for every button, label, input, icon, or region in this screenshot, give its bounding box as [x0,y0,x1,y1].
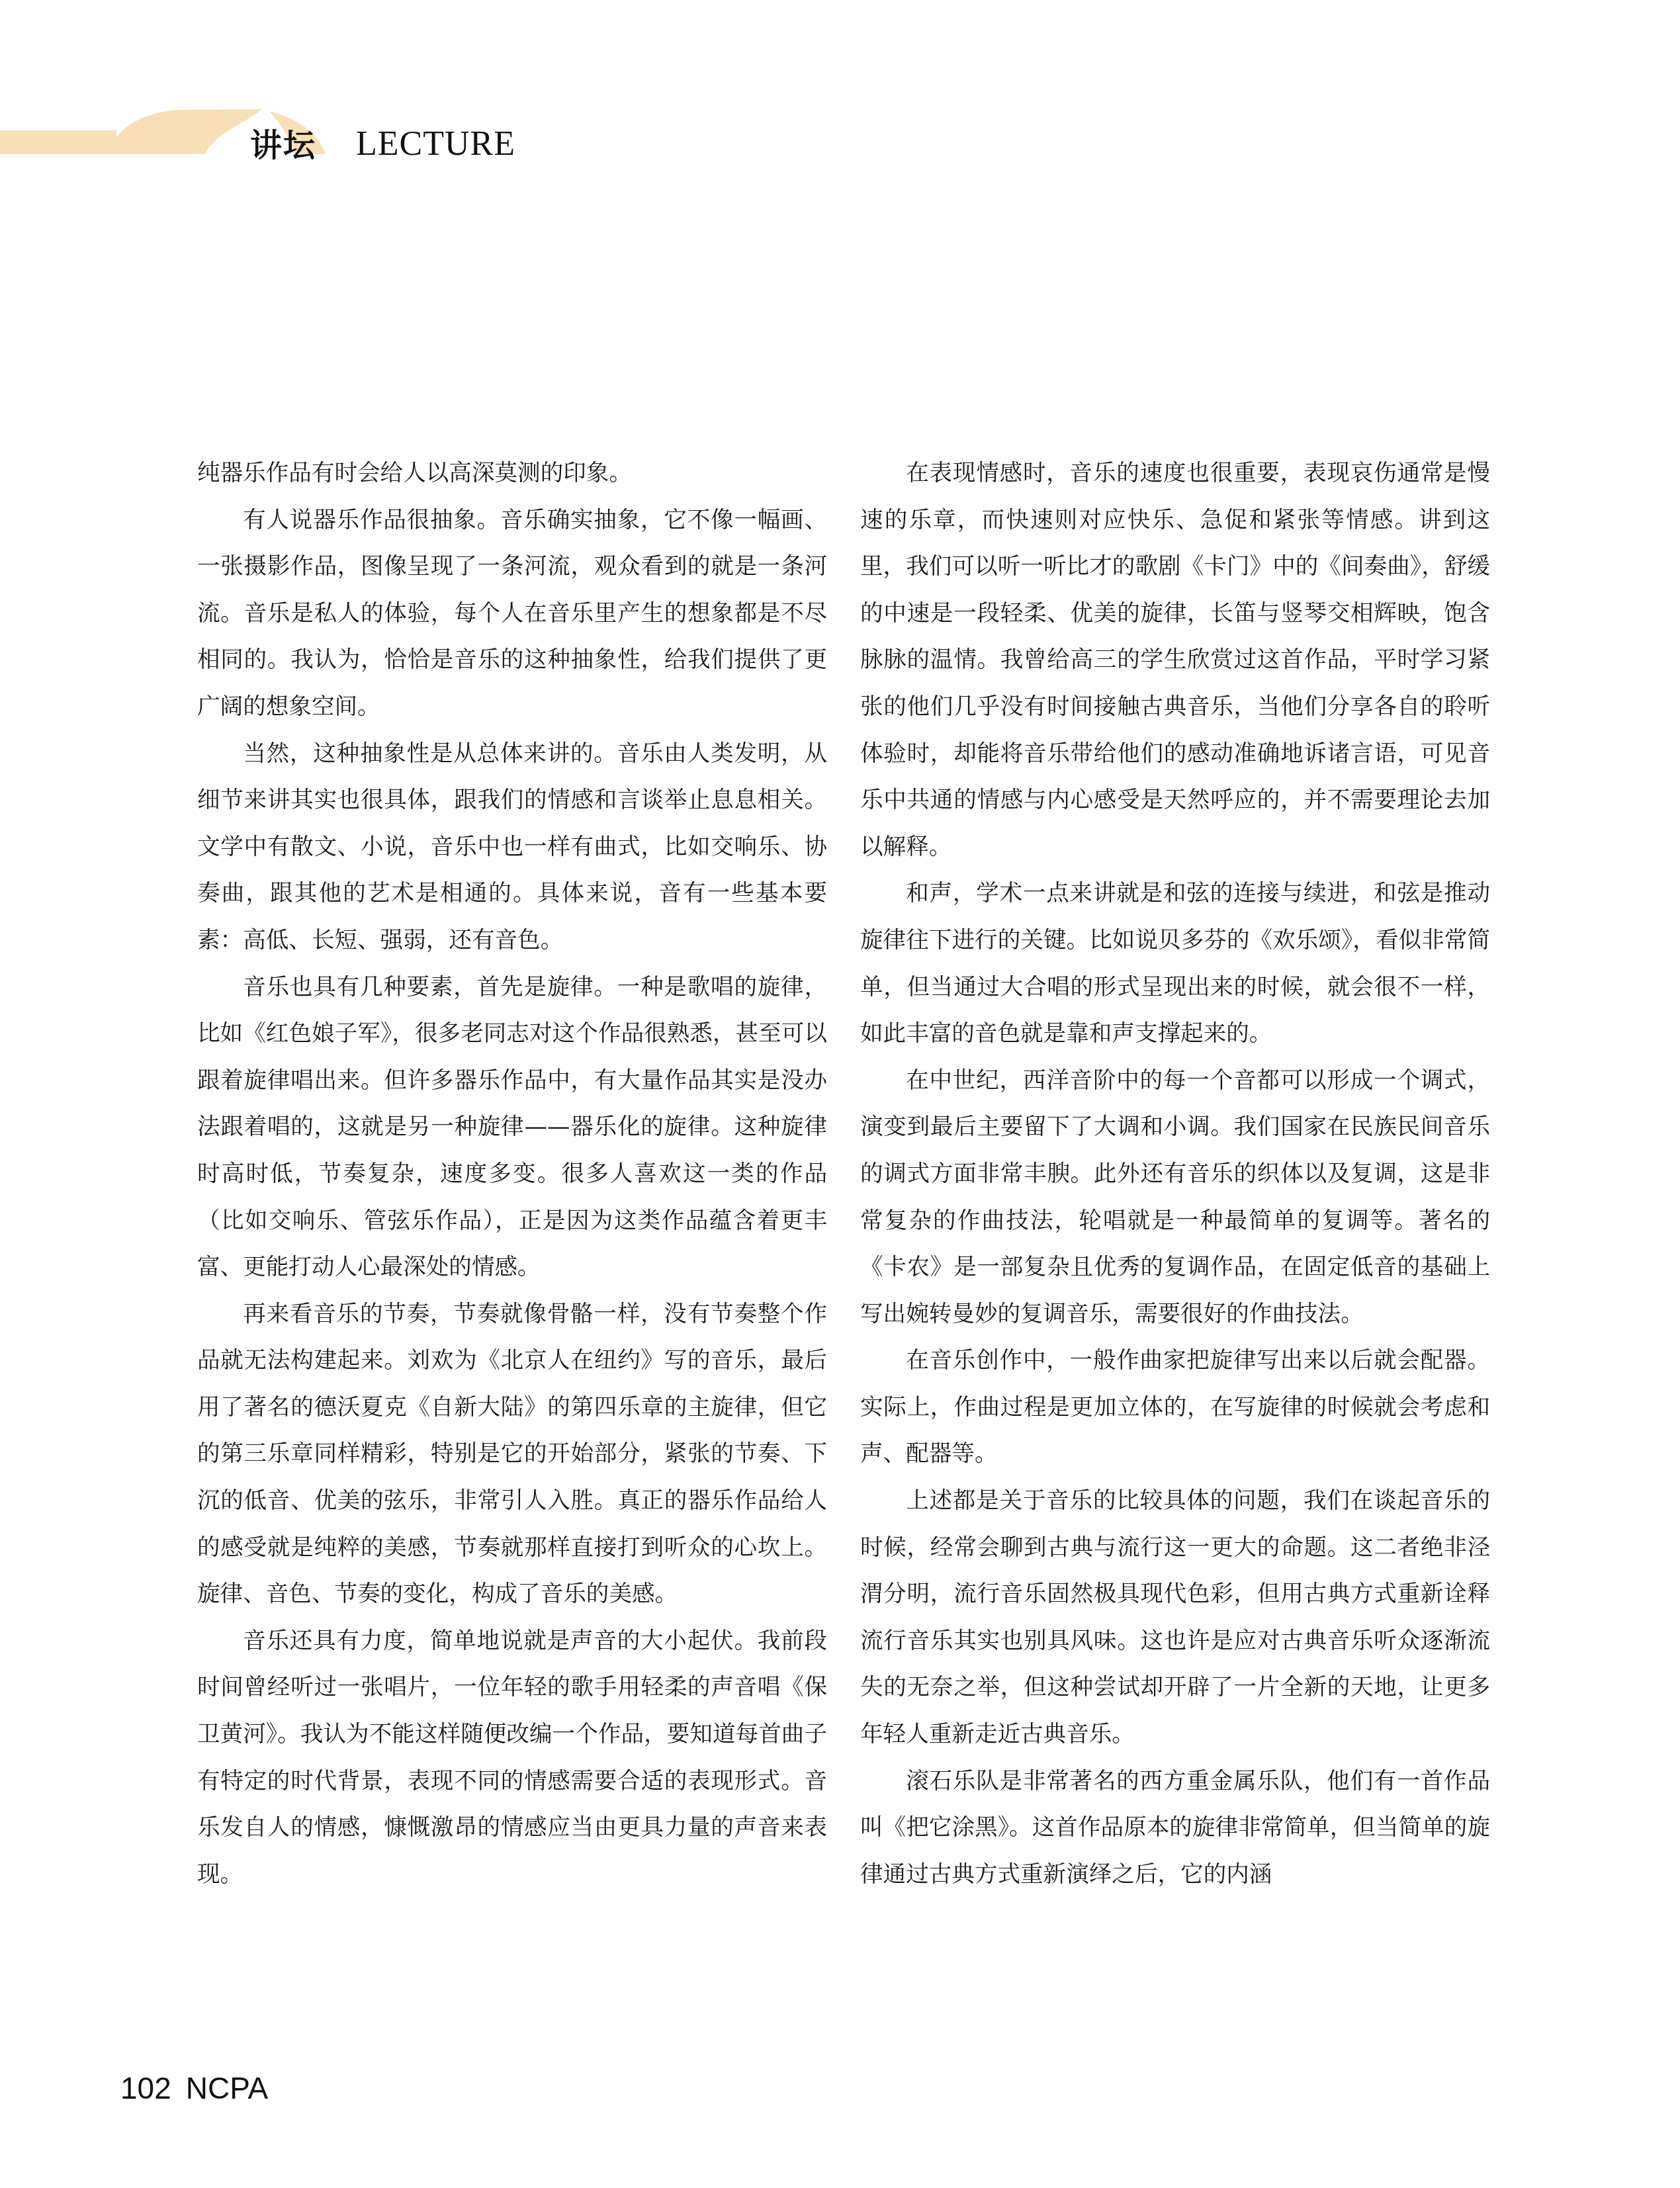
right-column: 在表现情感时，音乐的速度也很重要，表现哀伤通常是慢速的乐章，而快速则对应快乐、急… [860,450,1490,1898]
paragraph: 纯器乐作品有时会给人以高深莫测的印象。 [197,450,827,497]
paragraph: 在音乐创作中，一般作曲家把旋律写出来以后就会配器。实际上，作曲过程是更加立体的，… [860,1337,1490,1477]
publication-name: NCPA [186,2071,268,2105]
paragraph: 再来看音乐的节奏，节奏就像骨骼一样，没有节奏整个作品就无法构建起来。刘欢为《北京… [197,1291,827,1618]
paragraph: 音乐还具有力度，简单地说就是声音的大小起伏。我前段时间曾经听过一张唱片，一位年轻… [197,1618,827,1898]
paragraph: 在中世纪，西洋音阶中的每一个音都可以形成一个调式，演变到最后主要留下了大调和小调… [860,1057,1490,1338]
section-title-en: LECTURE [356,123,515,165]
paragraph: 滚石乐队是非常著名的西方重金属乐队，他们有一首作品叫《把它涂黑》。这首作品原本的… [860,1758,1490,1898]
left-column: 纯器乐作品有时会给人以高深莫测的印象。 有人说器乐作品很抽象。音乐确实抽象，它不… [197,450,827,1898]
page-footer: 102NCPA [120,2070,268,2107]
section-title-cn: 讲坛 [250,126,316,165]
page-number: 102 [120,2071,171,2105]
paragraph: 有人说器乐作品很抽象。音乐确实抽象，它不像一幅画、一张摄影作品，图像呈现了一条河… [197,497,827,730]
paragraph: 和声，学术一点来讲就是和弦的连接与续进，和弦是推动旋律往下进行的关键。比如说贝多… [860,870,1490,1057]
paragraph: 当然，这种抽象性是从总体来讲的。音乐由人类发明，从细节来讲其实也很具体，跟我们的… [197,730,827,964]
paragraph: 上述都是关于音乐的比较具体的问题，我们在谈起音乐的时候，经常会聊到古典与流行这一… [860,1477,1490,1758]
paragraph: 在表现情感时，音乐的速度也很重要，表现哀伤通常是慢速的乐章，而快速则对应快乐、急… [860,450,1490,870]
paragraph: 音乐也具有几种要素，首先是旋律。一种是歌唱的旋律，比如《红色娘子军》，很多老同志… [197,964,827,1291]
